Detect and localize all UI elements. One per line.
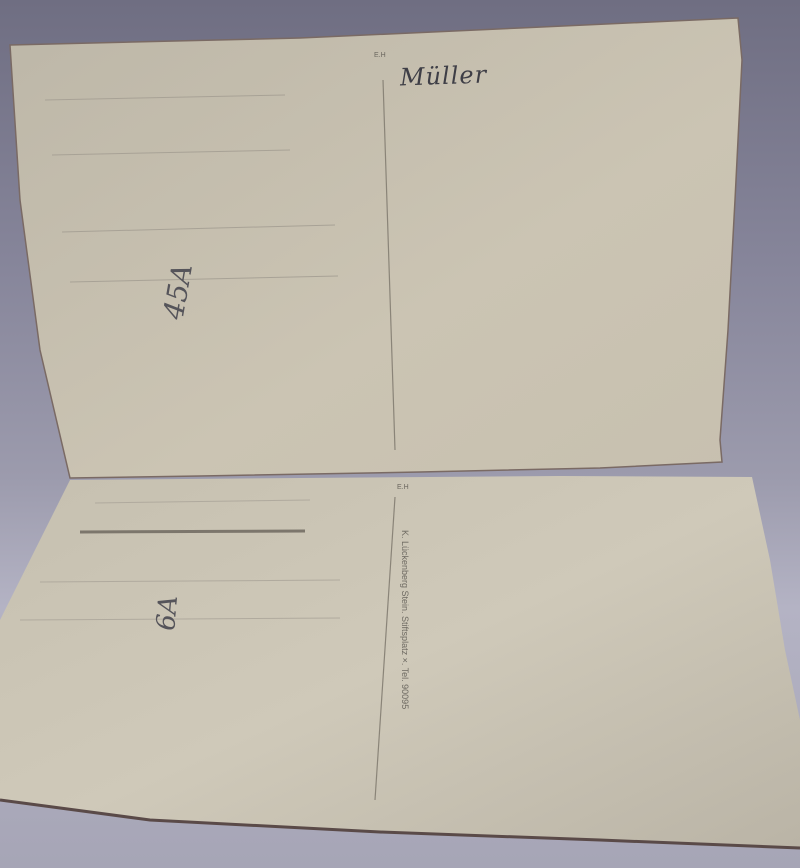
bottom-handwritten-number: 6A xyxy=(151,594,184,632)
top-postcard xyxy=(10,18,742,478)
bottom-publisher-line: K. Lückenberg Stein. Stiftsplatz ×. Tel.… xyxy=(400,530,410,760)
bottom-corner-mark: E.H xyxy=(397,484,409,491)
top-handwritten-address: Müller xyxy=(400,60,488,91)
top-corner-mark: E.H xyxy=(374,52,386,59)
